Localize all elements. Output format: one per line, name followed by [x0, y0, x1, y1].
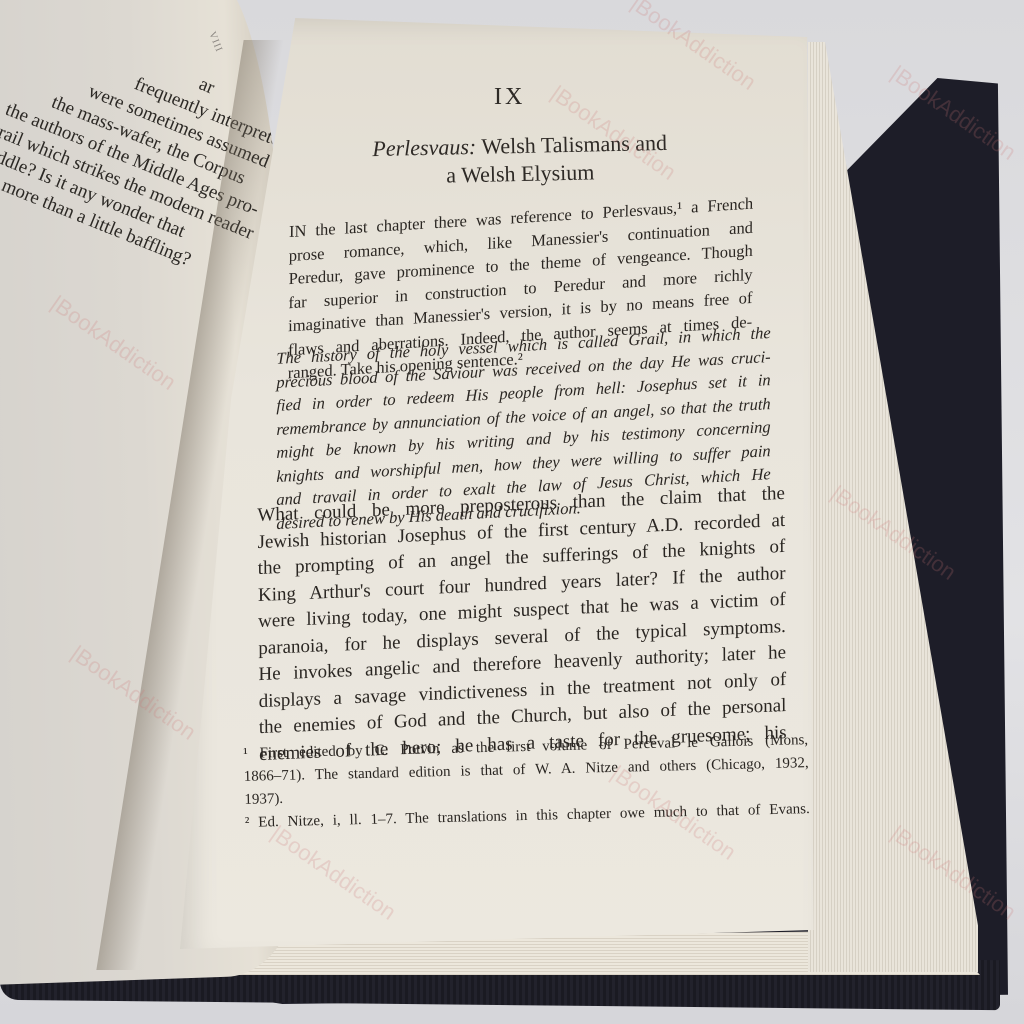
footnotes: ¹ First edited by C. Potvin as the first…: [243, 729, 810, 835]
chapter-title-line1: Welsh Talismans and: [481, 130, 667, 159]
left-running-head: VIII: [206, 30, 224, 54]
chapter-number: IX: [494, 84, 525, 111]
paragraph-2: What could be more preposterous than the…: [257, 481, 786, 768]
chapter-title: Perlesvaus: Welsh Talismans and a Welsh …: [349, 128, 690, 191]
chapter-title-italic: Perlesvaus:: [372, 134, 476, 161]
